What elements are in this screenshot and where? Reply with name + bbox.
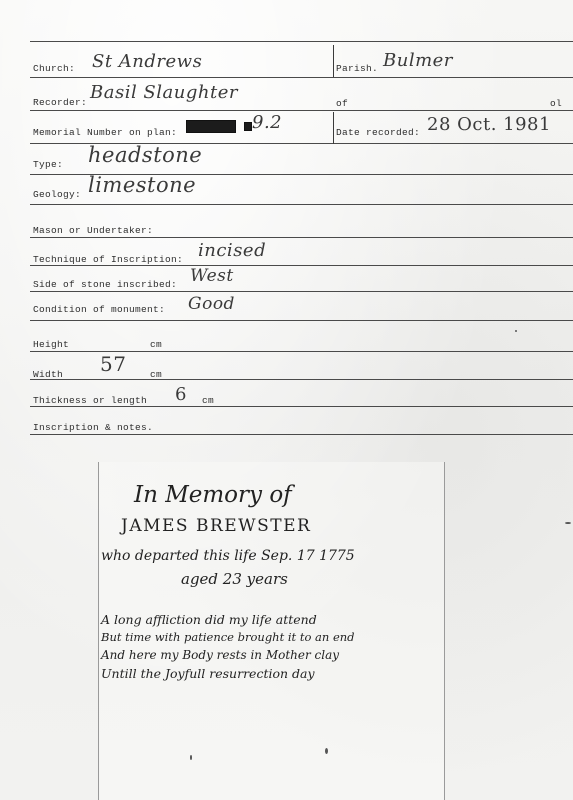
of-suffix: ol bbox=[550, 98, 562, 109]
column-divider bbox=[333, 45, 334, 77]
redacted-mark bbox=[244, 122, 252, 131]
form-rule bbox=[30, 77, 573, 78]
type-label: Type: bbox=[33, 159, 63, 170]
verse-line: But time with patience brought it to an … bbox=[101, 630, 355, 644]
technique-value: incised bbox=[198, 240, 266, 261]
date-recorded-value: 28 Oct. 1981 bbox=[427, 114, 551, 135]
form-rule bbox=[30, 320, 573, 321]
inscription-notes-label: Inscription & notes. bbox=[33, 422, 153, 433]
of-label: of bbox=[336, 98, 348, 109]
recorder-value: Basil Slaughter bbox=[90, 82, 238, 103]
form-rule bbox=[30, 237, 573, 238]
geology-label: Geology: bbox=[33, 189, 81, 200]
memorial-number-value: 9.2 bbox=[252, 112, 282, 133]
form-rule bbox=[30, 291, 573, 292]
redacted-mark bbox=[186, 120, 236, 133]
height-unit: cm bbox=[150, 339, 162, 350]
church-label: Church: bbox=[33, 63, 75, 74]
form-rule bbox=[30, 434, 573, 435]
mason-label: Mason or Undertaker: bbox=[33, 225, 153, 236]
paper-speck bbox=[325, 748, 328, 754]
church-value: St Andrews bbox=[92, 51, 202, 72]
thickness-label: Thickness or length bbox=[33, 395, 147, 406]
verse-line: And here my Body rests in Mother clay bbox=[101, 648, 339, 662]
height-label: Height bbox=[33, 339, 69, 350]
side-value: West bbox=[190, 266, 234, 286]
parish-value: Bulmer bbox=[383, 50, 453, 71]
width-value: 57 bbox=[100, 352, 126, 376]
condition-label: Condition of monument: bbox=[33, 304, 165, 315]
column-divider bbox=[333, 112, 334, 144]
geology-value: limestone bbox=[88, 173, 196, 197]
paper-speck bbox=[565, 522, 571, 524]
form-rule bbox=[30, 265, 573, 266]
verse-line: Untill the Joyfull resurrection day bbox=[101, 666, 315, 681]
paper-speck bbox=[190, 755, 192, 760]
thickness-value: 6 bbox=[175, 384, 187, 405]
inscription-transcription-sheet: In Memory of JAMES BREWSTER who departed… bbox=[98, 462, 445, 800]
side-label: Side of stone inscribed: bbox=[33, 279, 177, 290]
inscription-line-4: aged 23 years bbox=[181, 570, 288, 588]
memorial-number-label: Memorial Number on plan: bbox=[33, 127, 177, 138]
width-unit: cm bbox=[150, 369, 162, 380]
inscription-line-2: JAMES BREWSTER bbox=[121, 516, 311, 536]
paper-speck bbox=[515, 330, 517, 332]
condition-value: Good bbox=[188, 294, 235, 314]
date-recorded-label: Date recorded: bbox=[336, 127, 420, 138]
form-rule bbox=[30, 41, 573, 42]
memorial-record-sheet: Church: St Andrews Parish. Bulmer Record… bbox=[0, 0, 573, 800]
thickness-unit: cm bbox=[202, 395, 214, 406]
parish-label: Parish. bbox=[336, 63, 378, 74]
type-value: headstone bbox=[88, 143, 202, 167]
technique-label: Technique of Inscription: bbox=[33, 254, 183, 265]
form-rule bbox=[30, 379, 573, 380]
recorder-label: Recorder: bbox=[33, 97, 87, 108]
width-label: Width bbox=[33, 369, 63, 380]
form-rule bbox=[30, 204, 573, 205]
inscription-line-1: In Memory of bbox=[134, 482, 292, 508]
form-rule bbox=[30, 406, 573, 407]
verse-line: A long affliction did my life attend bbox=[101, 612, 317, 627]
form-rule bbox=[30, 110, 573, 111]
inscription-line-3: who departed this life Sep. 17 1775 bbox=[101, 548, 355, 564]
